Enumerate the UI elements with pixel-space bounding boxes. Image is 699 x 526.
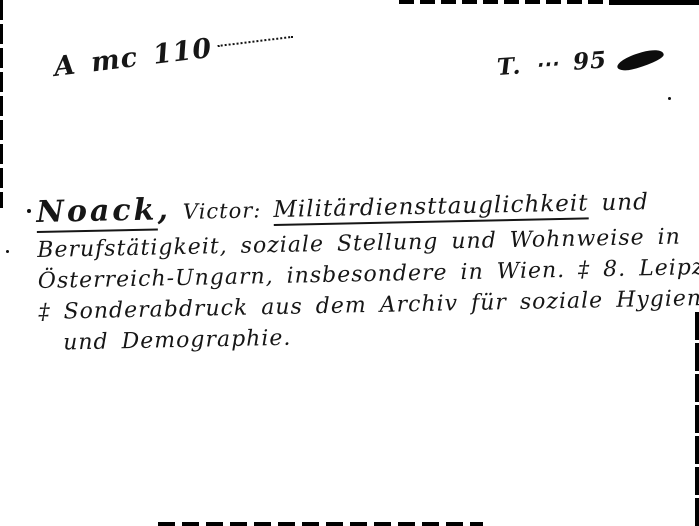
author-surname: Noack — [36, 192, 158, 233]
entry-line-5-text: und Demographie. — [63, 326, 292, 356]
ink-blot — [615, 47, 665, 74]
title-underlined-word: Militärdiensttauglichkeit — [273, 190, 589, 226]
accession-number: 95 — [572, 46, 608, 75]
footnote-marker: ‡ — [38, 300, 51, 325]
scan-edge-top-solid — [609, 0, 699, 5]
accession-note: T. ⋯ 95 — [496, 42, 665, 81]
ink-speck — [668, 97, 671, 100]
title-rest: und — [601, 189, 649, 216]
ink-speck — [27, 209, 31, 213]
author-separator: , — [157, 192, 171, 227]
author-firstname: Victor: — [183, 198, 262, 224]
shelfmark: A mc 110 — [52, 23, 295, 83]
scan-edge-left — [0, 0, 3, 208]
entry-text: Noack,Victor:Militärdiensttauglichkeit u… — [36, 176, 699, 359]
scan-edge-bottom — [158, 522, 483, 526]
shelfmark-text: A mc 110 — [52, 33, 214, 83]
accession-scrawl: T. ⋯ — [496, 50, 560, 81]
catalog-card: A mc 110 T. ⋯ 95 Noack,Victor:Militärdie… — [0, 0, 699, 526]
shelfmark-dotted-trail — [217, 34, 293, 47]
ink-speck — [6, 250, 9, 253]
